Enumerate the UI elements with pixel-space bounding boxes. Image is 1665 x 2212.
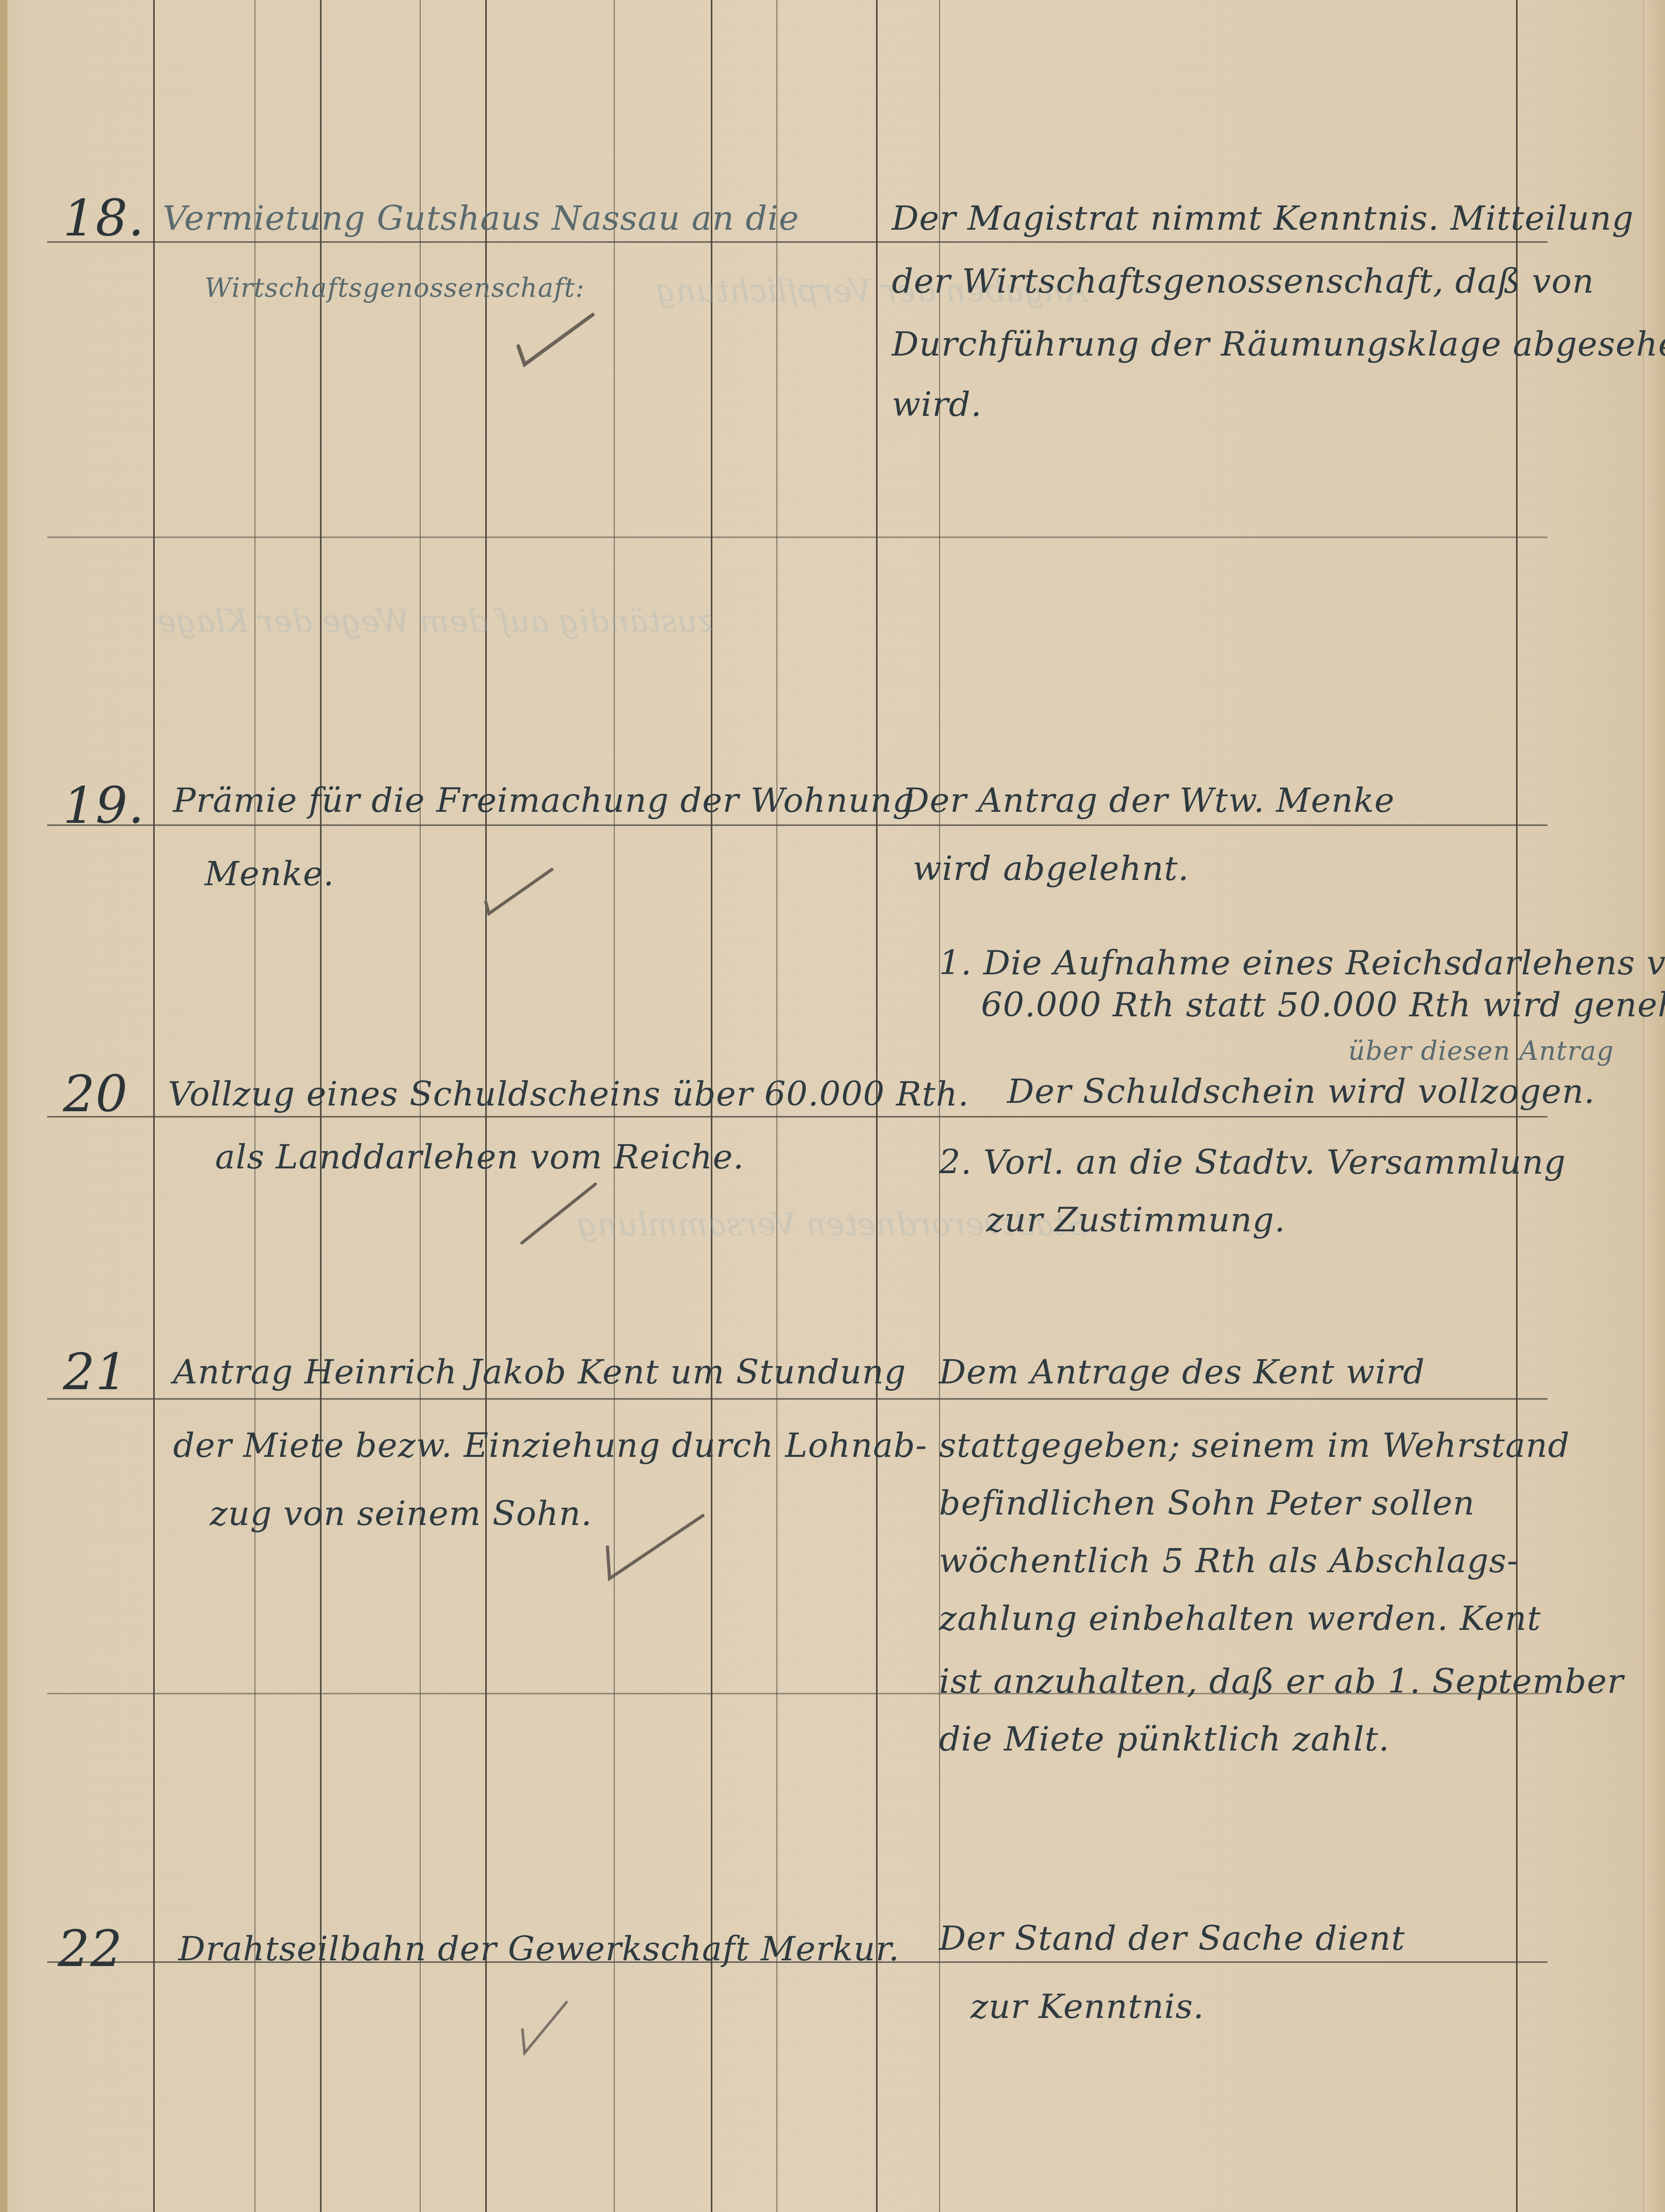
entry-subject: der Miete bezw. Einziehung durch Lohnab- xyxy=(173,1426,927,1465)
entry-rule xyxy=(47,1116,1547,1118)
entry-rule xyxy=(47,241,1547,243)
entry-decision: Der Schuldschein wird vollzogen. xyxy=(1007,1072,1595,1111)
check-mark-icon xyxy=(519,1180,598,1248)
entry-decision: die Miete pünktlich zahlt. xyxy=(939,1720,1390,1759)
column-rule xyxy=(153,0,155,2212)
entry-number: 18. xyxy=(63,189,145,248)
entry-decision: wöchentlich 5 Rth als Abschlags- xyxy=(939,1542,1519,1581)
entry-decision: Der Magistrat nimmt Kenntnis. Mitteilung xyxy=(892,199,1634,238)
entry-decision: zur Zustimmung. xyxy=(986,1201,1286,1240)
entry-decision: zahlung einbehalten werden. Kent xyxy=(939,1599,1541,1638)
check-mark-icon xyxy=(483,865,556,918)
entry-decision: der Wirtschaftsgenossenschaft, daß von xyxy=(892,262,1594,301)
entry-subject: Antrag Heinrich Jakob Kent um Stundung xyxy=(173,1353,906,1392)
entry-subject: Prämie für die Freimachung der Wohnung xyxy=(173,781,914,820)
entry-decision: befindlichen Sohn Peter sollen xyxy=(939,1484,1475,1523)
entry-rule xyxy=(47,1398,1547,1400)
entry-decision: 60.000 Rth statt 50.000 Rth wird genehmi… xyxy=(981,986,1665,1025)
check-mark-icon xyxy=(519,1998,572,2056)
entry-subject: als Landdarlehen vom Reiche. xyxy=(215,1138,744,1177)
entry-decision: wird abgelehnt. xyxy=(913,850,1189,888)
entry-subject: Menke. xyxy=(205,855,335,894)
entry-rule xyxy=(47,536,1547,538)
entry-decision: stattgegeben; seinem im Wehrstand xyxy=(939,1426,1570,1465)
entry-decision: 2. Vorl. an die Stadtv. Versammlung xyxy=(939,1143,1566,1182)
entry-decision: wird. xyxy=(892,385,982,424)
bleed-through-text: zuständig auf dem Wege der Klage xyxy=(157,603,714,640)
entry-number: 19. xyxy=(63,776,145,835)
interlinear-correction: über diesen Antrag xyxy=(1348,1036,1614,1066)
entry-subject: Drahtseilbahn der Gewerkschaft Merkur. xyxy=(178,1930,900,1969)
entry-subject: Vermietung Gutshaus Nassau an die xyxy=(163,199,799,238)
entry-decision: ist anzuhalten, daß er ab 1. September xyxy=(939,1662,1624,1701)
entry-subject: Vollzug eines Schuldscheins über 60.000 … xyxy=(168,1075,969,1114)
entry-decision: Durchführung der Räumungsklage abgesehen xyxy=(892,325,1665,364)
entry-number: 22 xyxy=(58,1919,123,1978)
entry-subject: Wirtschaftsgenossenschaft: xyxy=(205,273,585,303)
entry-decision: zur Kenntnis. xyxy=(970,1988,1204,2026)
page-binding-edge xyxy=(0,0,7,2212)
entry-decision: Dem Antrage des Kent wird xyxy=(939,1353,1425,1392)
entry-decision: Der Stand der Sache dient xyxy=(939,1919,1405,1958)
check-mark-icon xyxy=(603,1510,708,1584)
entry-number: 21 xyxy=(63,1343,128,1401)
check-mark-icon xyxy=(514,309,598,372)
entry-rule xyxy=(47,824,1547,826)
entry-subject: zug von seinem Sohn. xyxy=(210,1495,592,1533)
entry-decision: 1. Die Aufnahme eines Reichsdarlehens vo… xyxy=(939,944,1665,983)
ledger-page: Angaben der Verpflichtung zuständig auf … xyxy=(0,0,1665,2212)
entry-number: 20 xyxy=(63,1065,128,1123)
entry-decision: Der Antrag der Wtw. Menke xyxy=(902,781,1395,820)
